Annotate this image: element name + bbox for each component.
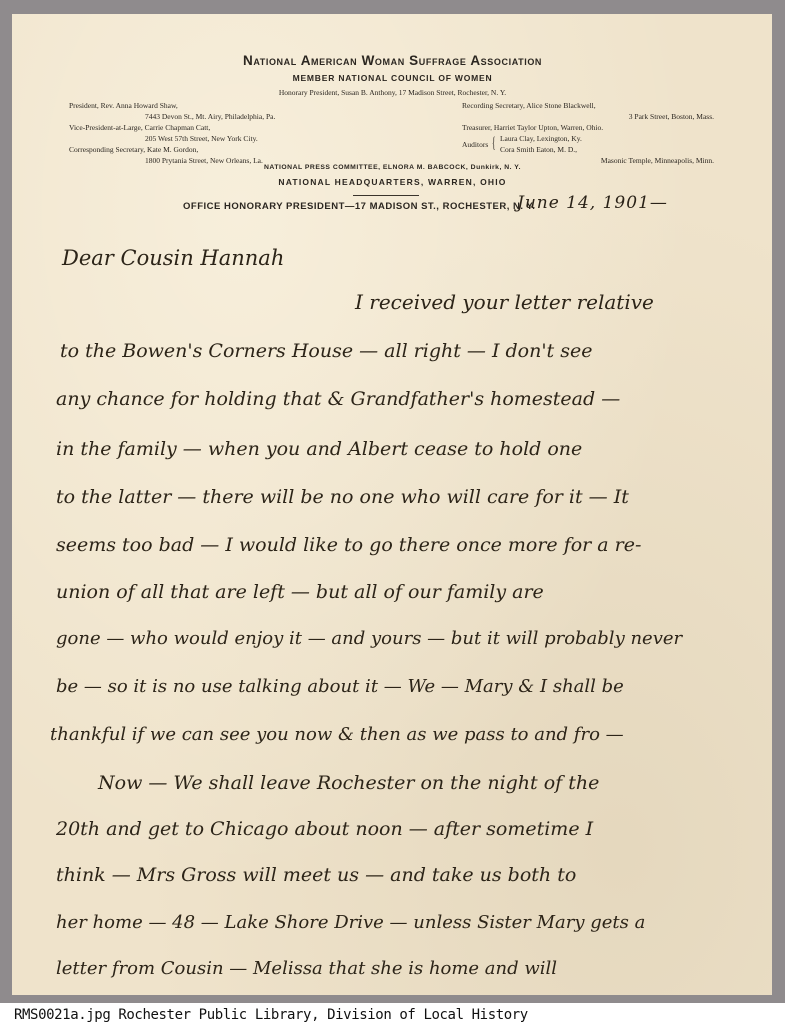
auditors-names: Laura Clay, Lexington, Ky. Cora Smith Ea… xyxy=(500,133,582,155)
handwritten-line: I received your letter relative xyxy=(355,290,654,314)
letterhead-member-line: MEMBER NATIONAL COUNCIL OF WOMEN xyxy=(0,73,785,83)
auditors-block: Auditors { Laura Clay, Lexington, Ky. Co… xyxy=(462,133,762,155)
officer-line: Recording Secretary, Alice Stone Blackwe… xyxy=(462,100,762,111)
letterhead-headquarters: NATIONAL HEADQUARTERS, WARREN, OHIO xyxy=(0,177,785,187)
officer-address: 7443 Devon St., Mt. Airy, Philadelphia, … xyxy=(69,111,409,122)
salutation: Dear Cousin Hannah xyxy=(62,246,284,270)
auditor-1: Laura Clay, Lexington, Ky. xyxy=(500,133,582,144)
auditor-2: Cora Smith Eaton, M. D., xyxy=(500,144,582,155)
handwritten-line: Now — We shall leave Rochester on the ni… xyxy=(98,772,599,794)
officer-line: Treasurer, Harriet Taylor Upton, Warren,… xyxy=(462,122,762,133)
letterhead-press-committee: NATIONAL PRESS COMMITTEE, ELNORA M. BABC… xyxy=(0,164,785,171)
officer-line: Vice-President-at-Large, Carrie Chapman … xyxy=(69,122,409,133)
handwritten-line: her home — 48 — Lake Shore Drive — unles… xyxy=(56,912,645,933)
officer-line: President, Rev. Anna Howard Shaw, xyxy=(69,100,409,111)
letter-date: June 14, 1901— xyxy=(517,193,668,213)
handwritten-line: thankful if we can see you now & then as… xyxy=(50,724,624,745)
handwritten-line: gone — who would enjoy it — and yours — … xyxy=(56,628,682,649)
handwritten-line: seems too bad — I would like to go there… xyxy=(56,534,641,556)
auditors-label: Auditors xyxy=(462,139,488,150)
brace-icon: { xyxy=(492,134,496,154)
letterhead-honorary-president: Honorary President, Susan B. Anthony, 17… xyxy=(0,88,785,97)
letterhead-office-address: OFFICE HONORARY PRESIDENT—17 MADISON ST.… xyxy=(183,201,535,212)
handwritten-line: 20th and get to Chicago about noon — aft… xyxy=(56,818,593,840)
handwritten-line: be — so it is no use talking about it — … xyxy=(56,676,624,697)
handwritten-line: union of all that are left — but all of … xyxy=(56,581,544,603)
officer-address: 3 Park Street, Boston, Mass. xyxy=(462,111,762,122)
handwritten-line: think — Mrs Gross will meet us — and tak… xyxy=(56,864,576,886)
officer-line: Corresponding Secretary, Kate M. Gordon, xyxy=(69,144,409,155)
letterhead-divider xyxy=(353,195,419,196)
officer-address: 205 West 57th Street, New York City. xyxy=(69,133,409,144)
image-caption: RMS0021a.jpg Rochester Public Library, D… xyxy=(14,1007,528,1023)
handwritten-line: to the latter — there will be no one who… xyxy=(56,486,629,508)
handwritten-line: in the family — when you and Albert ceas… xyxy=(56,438,582,460)
handwritten-line: to the Bowen's Corners House — all right… xyxy=(60,340,592,362)
letterhead-right-officers: Recording Secretary, Alice Stone Blackwe… xyxy=(462,100,762,166)
handwritten-line: any chance for holding that & Grandfathe… xyxy=(56,388,620,410)
letterhead-organization: National American Woman Suffrage Associa… xyxy=(0,53,785,68)
letterhead-left-officers: President, Rev. Anna Howard Shaw, 7443 D… xyxy=(69,100,409,166)
handwritten-line: letter from Cousin — Melissa that she is… xyxy=(56,958,557,979)
